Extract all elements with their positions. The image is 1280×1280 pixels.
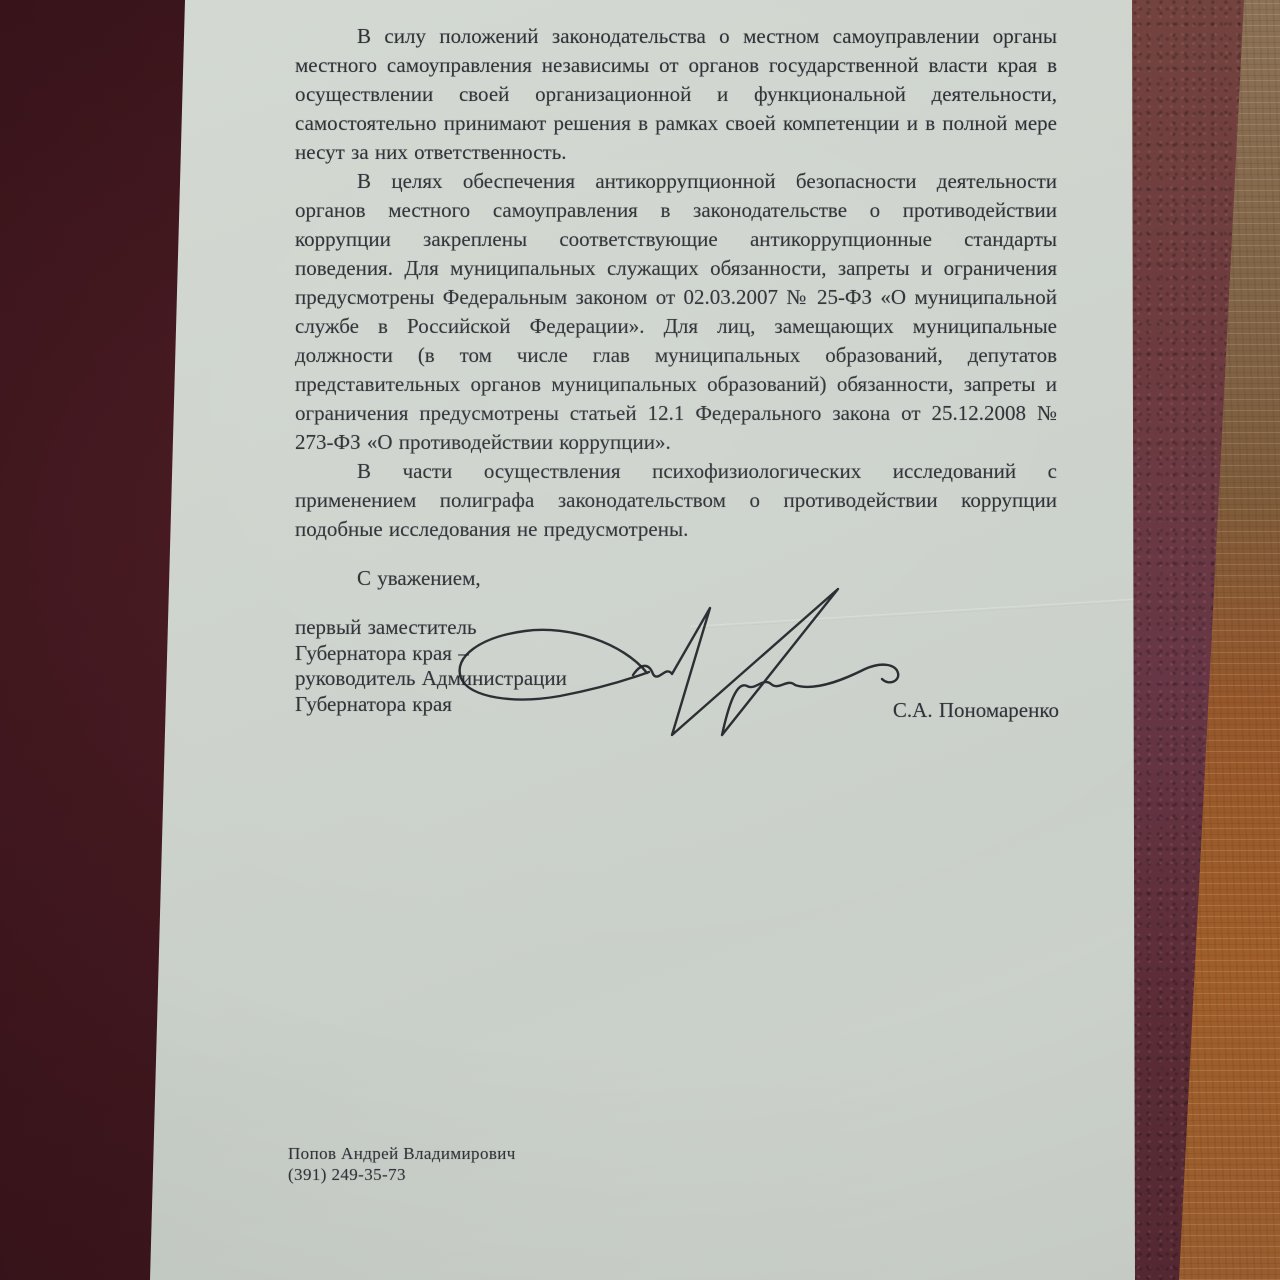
- executor-contact: Попов Андрей Владимирович (391) 249-35-7…: [288, 1143, 516, 1185]
- executor-phone: (391) 249-35-73: [288, 1164, 516, 1185]
- signature-block: первый заместитель Губернатора края – ру…: [295, 615, 1057, 727]
- letter-paragraph-3: В части осуществления психофизиологическ…: [295, 457, 1057, 544]
- executor-name: Попов Андрей Владимирович: [288, 1143, 516, 1164]
- letter-body: В силу положений законодательства о мест…: [295, 22, 1057, 727]
- photo-scene: В силу положений законодательства о мест…: [0, 0, 1280, 1280]
- signer-name: С.А. Пономаренко: [893, 696, 1059, 725]
- letter-page: В силу положений законодательства о мест…: [0, 0, 1280, 1280]
- letter-paragraph-2: В целях обеспечения антикоррупционной бе…: [295, 167, 1057, 457]
- handwritten-signature: [395, 583, 915, 743]
- letter-paragraph-1: В силу положений законодательства о мест…: [295, 22, 1057, 167]
